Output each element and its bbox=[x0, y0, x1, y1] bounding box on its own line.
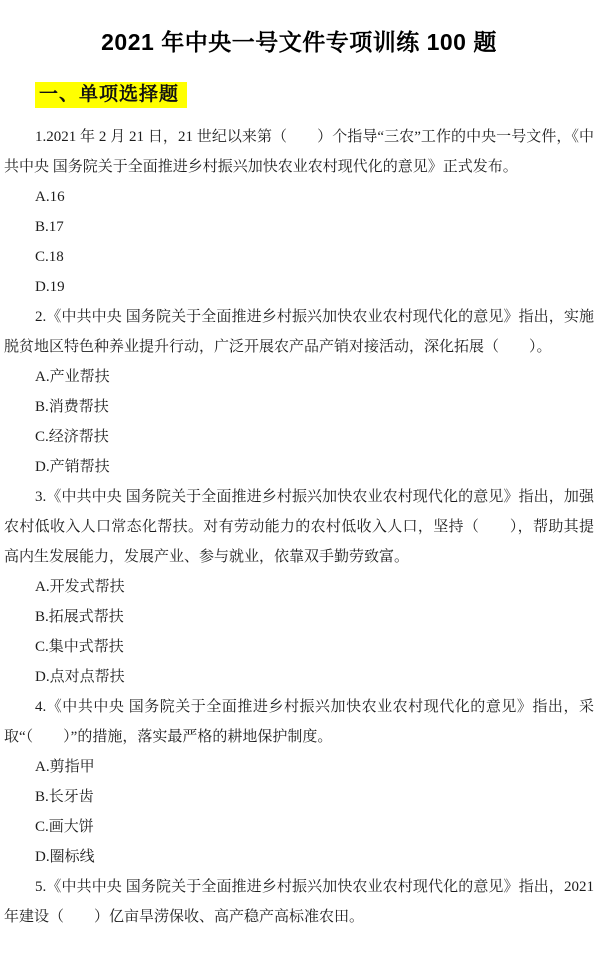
section-heading: 一、单项选择题 bbox=[35, 82, 187, 108]
option-item: A.剪指甲 bbox=[4, 752, 594, 782]
question-block-4: 4.《中共中央 国务院关于全面推进乡村振兴加快农业农村现代化的意见》指出，采取“… bbox=[4, 692, 594, 872]
question-text: 1.2021 年 2 月 21 日，21 世纪以来第（ ）个指导“三农”工作的中… bbox=[4, 122, 594, 182]
option-item: C.经济帮扶 bbox=[4, 422, 594, 452]
question-block-5: 5.《中共中央 国务院关于全面推进乡村振兴加快农业农村现代化的意见》指出，202… bbox=[4, 872, 594, 932]
question-block-3: 3.《中共中央 国务院关于全面推进乡村振兴加快农业农村现代化的意见》指出，加强农… bbox=[4, 482, 594, 692]
option-item: B.长牙齿 bbox=[4, 782, 594, 812]
option-item: A.16 bbox=[4, 182, 594, 212]
option-item: A.产业帮扶 bbox=[4, 362, 594, 392]
question-text: 3.《中共中央 国务院关于全面推进乡村振兴加快农业农村现代化的意见》指出，加强农… bbox=[4, 482, 594, 572]
question-text: 5.《中共中央 国务院关于全面推进乡村振兴加快农业农村现代化的意见》指出，202… bbox=[4, 872, 594, 932]
page-title: 2021 年中央一号文件专项训练 100 题 bbox=[4, 26, 594, 58]
option-item: D.点对点帮扶 bbox=[4, 662, 594, 692]
option-item: C.集中式帮扶 bbox=[4, 632, 594, 662]
option-item: C.18 bbox=[4, 242, 594, 272]
option-item: A.开发式帮扶 bbox=[4, 572, 594, 602]
option-item: D.产销帮扶 bbox=[4, 452, 594, 482]
option-item: B.消费帮扶 bbox=[4, 392, 594, 422]
option-item: D.19 bbox=[4, 272, 594, 302]
question-block-2: 2.《中共中央 国务院关于全面推进乡村振兴加快农业农村现代化的意见》指出，实施脱… bbox=[4, 302, 594, 482]
document-page: 2021 年中央一号文件专项训练 100 题 一、单项选择题 1.2021 年 … bbox=[0, 0, 600, 955]
option-item: B.17 bbox=[4, 212, 594, 242]
option-item: C.画大饼 bbox=[4, 812, 594, 842]
question-text: 2.《中共中央 国务院关于全面推进乡村振兴加快农业农村现代化的意见》指出，实施脱… bbox=[4, 302, 594, 362]
question-text: 4.《中共中央 国务院关于全面推进乡村振兴加快农业农村现代化的意见》指出，采取“… bbox=[4, 692, 594, 752]
section-heading-row: 一、单项选择题 bbox=[35, 82, 594, 108]
option-item: B.拓展式帮扶 bbox=[4, 602, 594, 632]
question-block-1: 1.2021 年 2 月 21 日，21 世纪以来第（ ）个指导“三农”工作的中… bbox=[4, 122, 594, 302]
option-item: D.圈标线 bbox=[4, 842, 594, 872]
